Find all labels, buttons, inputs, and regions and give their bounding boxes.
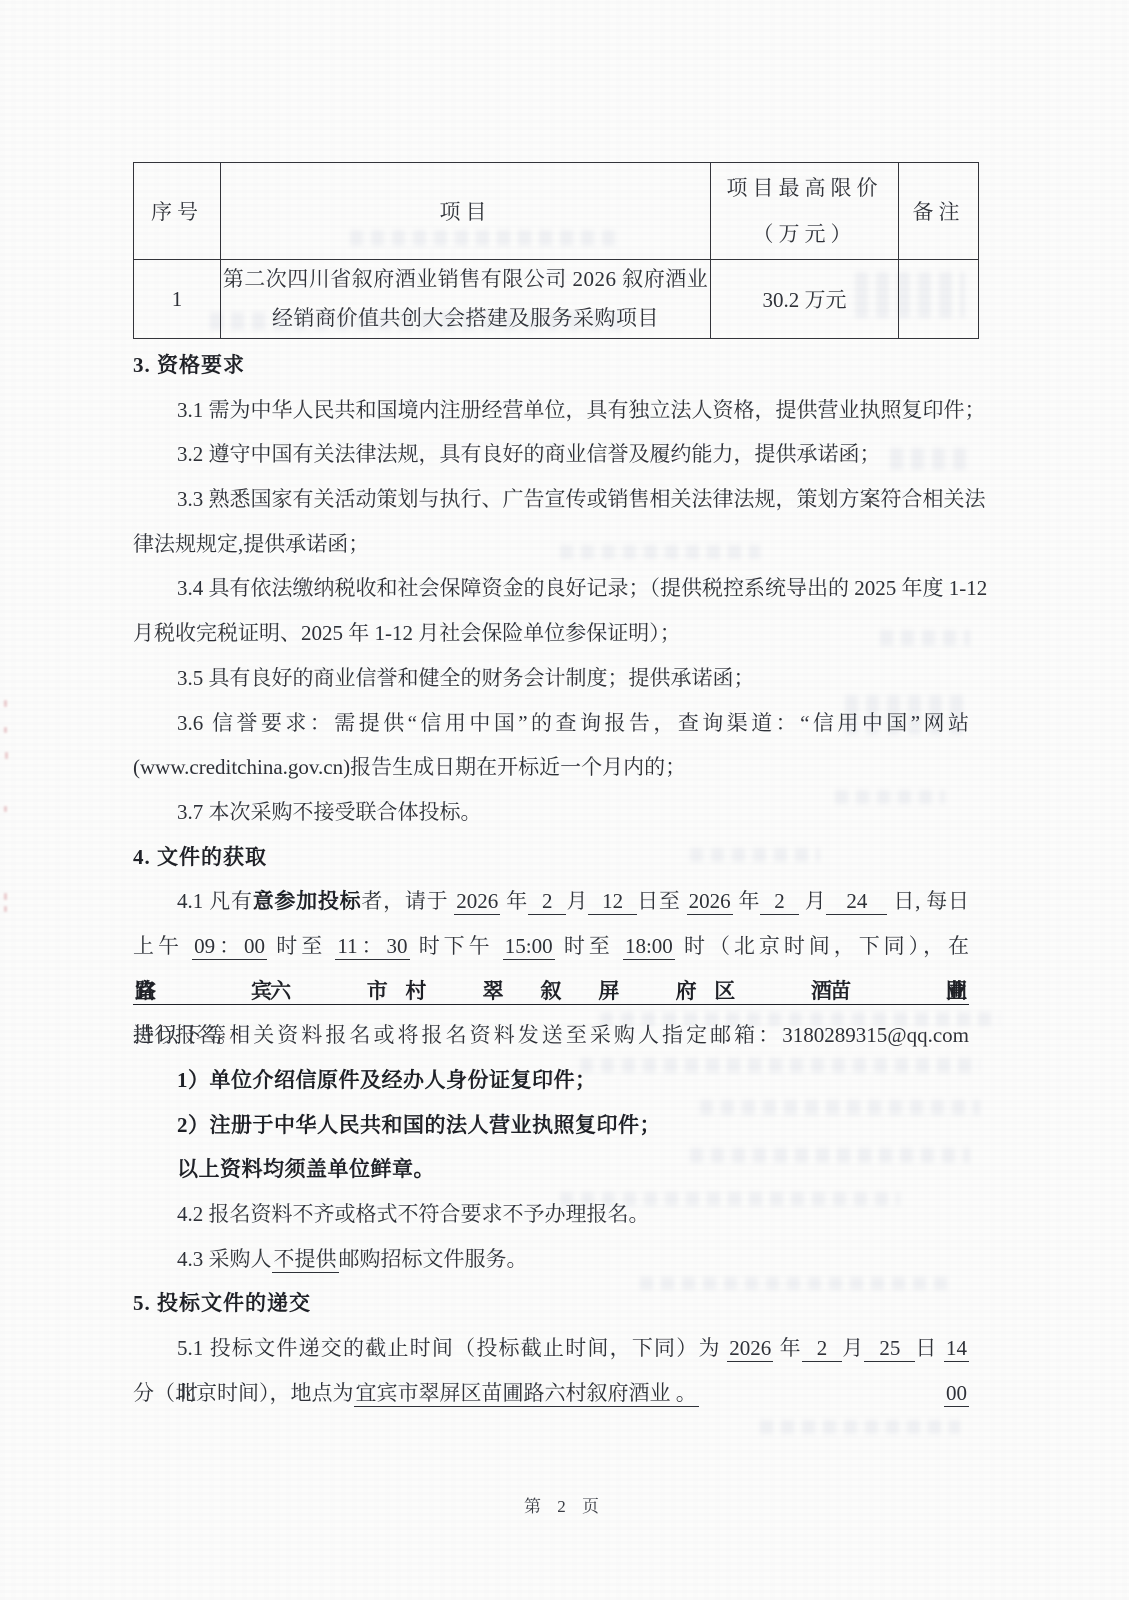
stamp-bleed-mark bbox=[4, 700, 7, 707]
cell-project-line2: 经销商价值共创大会搭建及服务采购项目 bbox=[221, 299, 710, 338]
cell-project-line1: 第二次四川省叙府酒业销售有限公司 2026 叙府酒业 bbox=[221, 260, 710, 299]
text-line: 3.2 遵守中国有关法律法规，具有良好的商业信誉及履约能力，提供承诺函； bbox=[133, 432, 969, 477]
table-header-price: 项目最高限价 （万元） bbox=[711, 163, 899, 260]
text-line: 4. 文件的获取 bbox=[133, 835, 969, 880]
cell-remarks bbox=[899, 260, 979, 339]
text-segment: 月 bbox=[842, 1336, 864, 1360]
underlined-text: 24 bbox=[826, 889, 887, 915]
text-segment: 时（北京时间，下同），在 bbox=[675, 934, 969, 958]
text-segment: 时下午 bbox=[410, 934, 503, 958]
page-footer: 第 2 页 bbox=[0, 1492, 1129, 1517]
text-segment: 月 bbox=[799, 889, 827, 913]
text-segment: 3.6 信誉要求：需提供“信用中国”的查询报告，查询渠道：“信用中国”网站 bbox=[177, 711, 969, 735]
stamp-bleed-mark bbox=[5, 752, 8, 759]
text-line: 月税收完税证明、2025 年 1-12 月社会保险单位参保证明）； bbox=[133, 611, 969, 656]
text-line: 3.6 信誉要求：需提供“信用中国”的查询报告，查询渠道：“信用中国”网站 bbox=[133, 701, 969, 746]
text-segment: 5. 投标文件的递交 bbox=[133, 1291, 311, 1315]
bleed-through-artifact bbox=[760, 1420, 960, 1434]
underlined-text: 不提供 bbox=[272, 1247, 339, 1273]
price-table: 序号 项目 项目最高限价 （万元） 备注 1 第二次四川省叙府酒业销售有限公司 … bbox=[133, 162, 979, 339]
table-row: 1 第二次四川省叙府酒业销售有限公司 2026 叙府酒业 经销商价值共创大会搭建… bbox=[134, 260, 979, 339]
underlined-text: 2 bbox=[760, 889, 798, 915]
document-page: 序号 项目 项目最高限价 （万元） 备注 1 第二次四川省叙府酒业销售有限公司 … bbox=[0, 0, 1129, 1600]
underlined-text: 2026 bbox=[454, 889, 500, 915]
text-segment: 3.7 本次采购不接受联合体投标。 bbox=[177, 800, 482, 824]
text-segment: 进行报名。 bbox=[133, 1023, 238, 1047]
text-line: 3.7 本次采购不接受联合体投标。 bbox=[133, 790, 969, 835]
stamp-bleed-mark bbox=[4, 906, 7, 912]
text-segment: 邮购招标文件服务。 bbox=[339, 1247, 528, 1271]
underlined-text: 2 bbox=[802, 1336, 842, 1362]
cell-project: 第二次四川省叙府酒业销售有限公司 2026 叙府酒业 经销商价值共创大会搭建及服… bbox=[221, 260, 711, 339]
text-line: (www.creditchina.gov.cn)报告生成日期在开标近一个月内的； bbox=[133, 745, 969, 790]
text-segment: (www.creditchina.gov.cn)报告生成日期在开标近一个月内的； bbox=[133, 755, 686, 779]
text-segment: 4.1 凡有 bbox=[177, 889, 253, 913]
text-line: 4.2 报名资料不齐或格式不符合要求不予办理报名。 bbox=[133, 1192, 969, 1237]
text-line: 5.1 投标文件递交的截止时间（投标截止时间，下同）为 2026 年 2 月 2… bbox=[133, 1326, 969, 1371]
text-line: 1）单位介绍信原件及经办人身份证复印件； bbox=[133, 1058, 969, 1103]
text-line: 3. 资格要求 bbox=[133, 343, 969, 388]
underlined-text: 11：30 bbox=[335, 934, 409, 960]
text-segment: 月 bbox=[566, 889, 588, 913]
stamp-bleed-mark bbox=[4, 806, 7, 812]
underlined-text: 2 bbox=[528, 889, 566, 915]
underlined-text: 09：00 bbox=[192, 934, 267, 960]
table-header-price-line2: （万元） bbox=[711, 211, 898, 257]
text-segment: 3.4 具有依法缴纳税收和社会保障资金的良好记录；（提供税控系统导出的 2025… bbox=[177, 576, 987, 600]
text-segment: 以上资料均须盖单位鲜章。 bbox=[177, 1157, 435, 1181]
text-segment: 律法规规定,提供承诺函； bbox=[133, 532, 369, 556]
text-segment: 1）单位介绍信原件及经办人身份证复印件； bbox=[177, 1068, 597, 1092]
text-segment: 时至 bbox=[267, 934, 335, 958]
text-segment: 3.5 具有良好的商业信誉和健全的财务会计制度；提供承诺函； bbox=[177, 666, 755, 690]
underlined-text: 路六村叙府酒业 bbox=[133, 979, 969, 1005]
underlined-text: 2026 bbox=[687, 889, 733, 915]
text-line: 5. 投标文件的递交 bbox=[133, 1281, 969, 1326]
cell-price: 30.2 万元 bbox=[711, 260, 899, 339]
underlined-text: 15:00 bbox=[503, 934, 555, 960]
text-line: 路六村叙府酒业持以下等相关资料报名或将报名资料发送至采购人指定邮箱：318028… bbox=[133, 969, 969, 1014]
table-header-index: 序号 bbox=[134, 163, 221, 260]
text-segment: 年 bbox=[773, 1336, 802, 1360]
text-segment: 上午 bbox=[133, 934, 192, 958]
text-segment: 持以下等相关资料报名或将报名资料发送至采购人指定邮箱：3180289315@qq… bbox=[133, 1023, 969, 1047]
text-segment: 2）注册于中华人民共和国的法人营业执照复印件； bbox=[177, 1113, 661, 1137]
underlined-text: 14 bbox=[944, 1336, 969, 1362]
underlined-text: 12 bbox=[588, 889, 637, 915]
text-line: 3.1 需为中华人民共和国境内注册经营单位，具有独立法人资格，提供营业执照复印件… bbox=[133, 388, 969, 433]
text-segment: 4.3 采购人 bbox=[177, 1247, 272, 1271]
text-line: 3.5 具有良好的商业信誉和健全的财务会计制度；提供承诺函； bbox=[133, 656, 969, 701]
table-header-row: 序号 项目 项目最高限价 （万元） 备注 bbox=[134, 163, 979, 260]
text-segment: 3.2 遵守中国有关法律法规，具有良好的商业信誉及履约能力，提供承诺函； bbox=[177, 442, 881, 466]
table-header-project: 项目 bbox=[221, 163, 711, 260]
text-segment: 时至 bbox=[555, 934, 623, 958]
document-body: 3. 资格要求3.1 需为中华人民共和国境内注册经营单位，具有独立法人资格，提供… bbox=[133, 343, 969, 1416]
text-segment: 分（北京时间），地点为 bbox=[133, 1381, 354, 1405]
table-header-price-line1: 项目最高限价 bbox=[711, 165, 898, 211]
text-segment: 3. 资格要求 bbox=[133, 353, 245, 377]
text-segment: 3.1 需为中华人民共和国境内注册经营单位，具有独立法人资格，提供营业执照复印件… bbox=[177, 398, 986, 422]
text-line: 律法规规定,提供承诺函； bbox=[133, 522, 969, 567]
text-segment: 4.2 报名资料不齐或格式不符合要求不予办理报名。 bbox=[177, 1202, 650, 1226]
cell-index: 1 bbox=[134, 260, 221, 339]
text-line: 3.4 具有依法缴纳税收和社会保障资金的良好记录；（提供税控系统导出的 2025… bbox=[133, 566, 969, 611]
text-line: 以上资料均须盖单位鲜章。 bbox=[133, 1147, 969, 1192]
text-segment: 5.1 投标文件递交的截止时间（投标截止时间，下同）为 bbox=[177, 1336, 727, 1360]
text-segment: 者，请于 bbox=[361, 889, 454, 913]
text-segment: 4. 文件的获取 bbox=[133, 845, 267, 869]
text-segment: 日 bbox=[915, 1336, 944, 1360]
text-segment: 年 bbox=[733, 889, 761, 913]
underlined-text: 2026 bbox=[727, 1336, 773, 1362]
text-line: 4.3 采购人不提供邮购招标文件服务。 bbox=[133, 1237, 969, 1282]
bold-text: 意参加投标 bbox=[253, 889, 362, 913]
underlined-text: 18:00 bbox=[623, 934, 675, 960]
text-line: 3.3 熟悉国家有关活动策划与执行、广告宣传或销售相关法律法规，策划方案符合相关… bbox=[133, 477, 969, 522]
text-line: 上午 09：00 时至 11：30 时下午 15:00 时至 18:00 时（北… bbox=[133, 924, 969, 969]
text-segment: 年 bbox=[500, 889, 528, 913]
underlined-text: 25 bbox=[864, 1336, 915, 1362]
text-segment: 日至 bbox=[637, 889, 686, 913]
underlined-text: 宜宾市翠屏区苗圃路六村叙府酒业 。 bbox=[354, 1381, 699, 1407]
table-header-remarks: 备注 bbox=[899, 163, 979, 260]
text-segment: 3.3 熟悉国家有关活动策划与执行、广告宣传或销售相关法律法规，策划方案符合相关… bbox=[177, 487, 986, 511]
stamp-bleed-mark bbox=[4, 727, 7, 733]
text-line: 2）注册于中华人民共和国的法人营业执照复印件； bbox=[133, 1103, 969, 1148]
text-line: 4.1 凡有意参加投标者，请于 2026 年 2 月 12 日至 2026 年 … bbox=[133, 879, 969, 924]
underlined-text: 00 bbox=[944, 1381, 969, 1407]
text-segment: 日, 每日 bbox=[887, 889, 969, 913]
text-segment: 月税收完税证明、2025 年 1-12 月社会保险单位参保证明）； bbox=[133, 621, 681, 645]
stamp-bleed-mark bbox=[4, 893, 7, 900]
